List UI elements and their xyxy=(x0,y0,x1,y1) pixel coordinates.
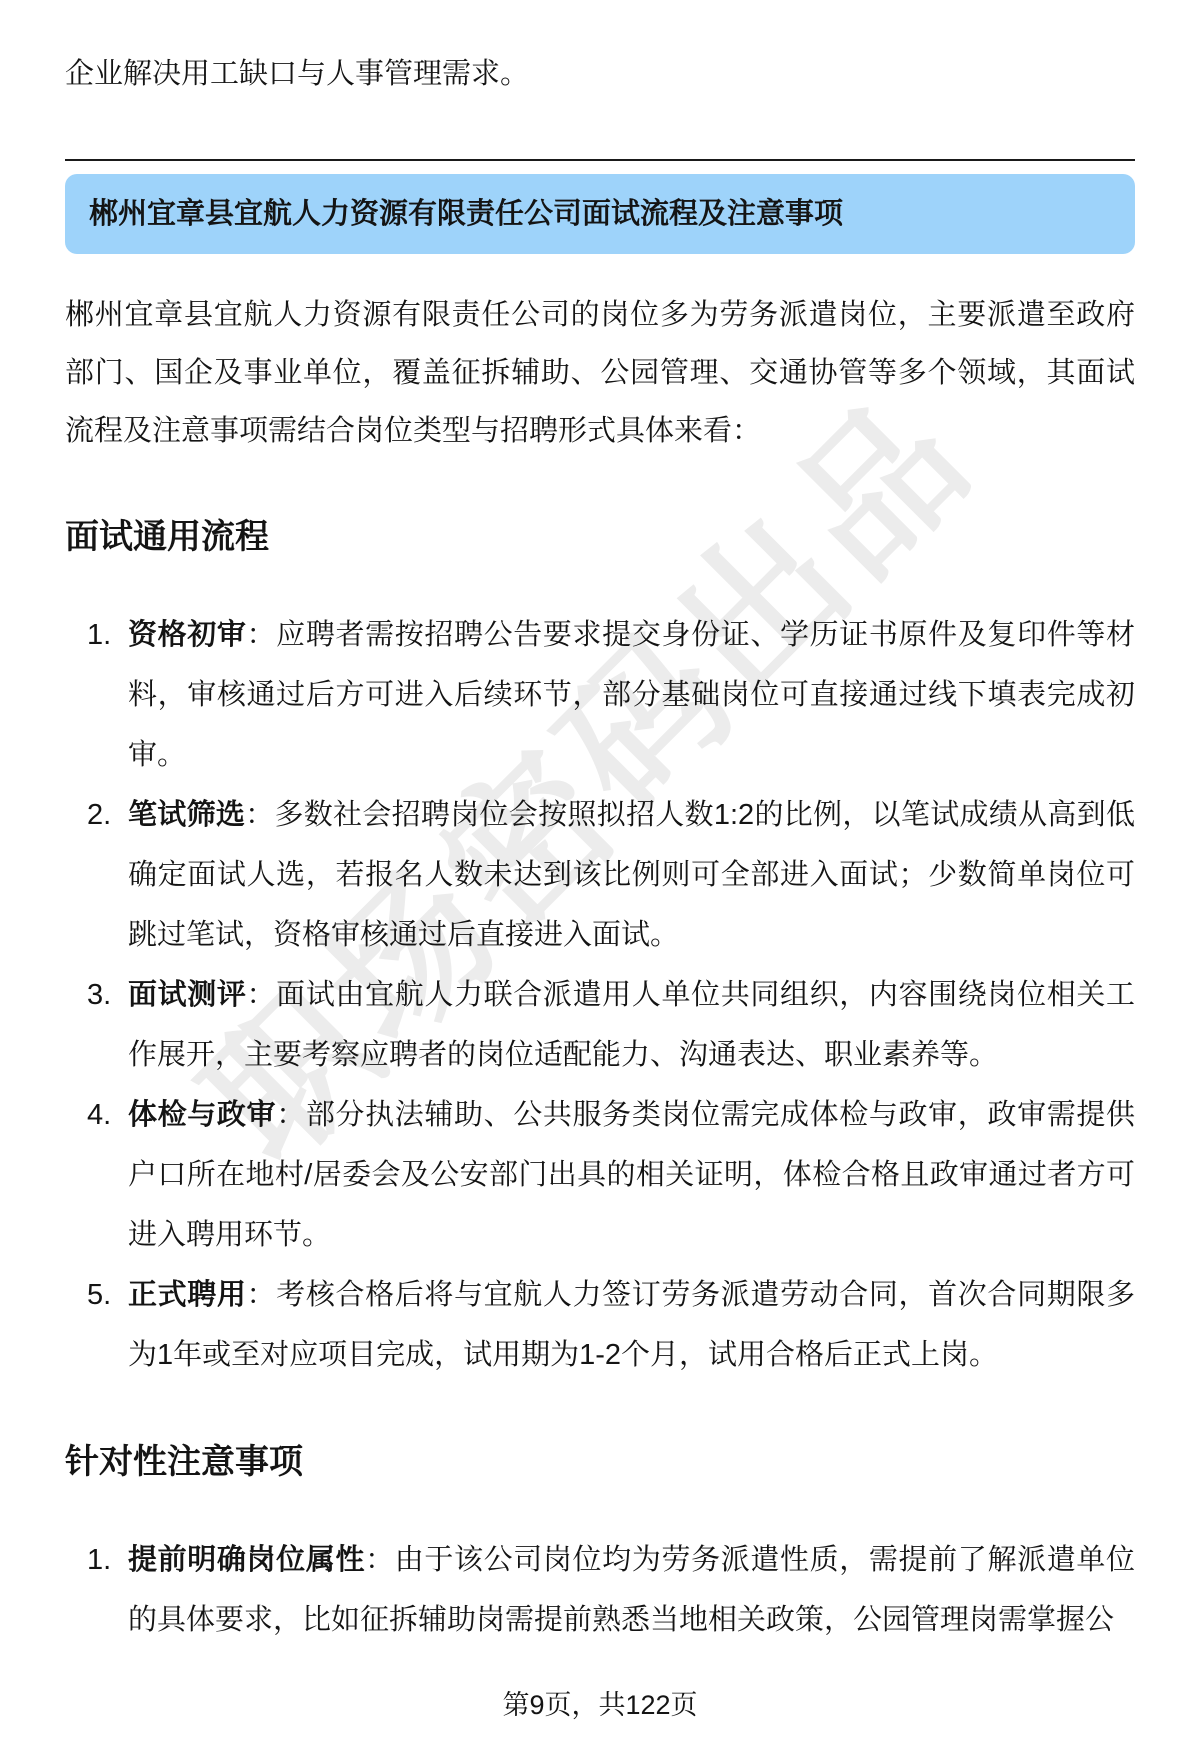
item-label: 体检与政审 xyxy=(128,1099,276,1131)
list-item-written-test: 笔试筛选：多数社会招聘岗位会按照拟招人数1:2的比例，以笔试成绩从高到低确定面试… xyxy=(128,785,1135,965)
targeted-notes-list: 提前明确岗位属性：由于该公司岗位均为劳务派遣性质，需提前了解派遣单位的具体要求，… xyxy=(65,1530,1135,1650)
item-label: 笔试筛选 xyxy=(128,799,245,831)
list-item-interview-assessment: 面试测评：面试由宜航人力联合派遣用人单位共同组织，内容围绕岗位相关工作展开，主要… xyxy=(128,965,1135,1085)
section-divider xyxy=(65,159,1135,161)
heading-targeted-notes: 针对性注意事项 xyxy=(65,1442,1135,1482)
item-label: 资格初审 xyxy=(128,619,247,651)
list-item-physical-political-review: 体检与政审：部分执法辅助、公共服务类岗位需完成体检与政审，政审需提供户口所在地村… xyxy=(128,1085,1135,1265)
list-item-job-nature: 提前明确岗位属性：由于该公司岗位均为劳务派遣性质，需提前了解派遣单位的具体要求，… xyxy=(128,1530,1135,1650)
interview-process-list: 资格初审：应聘者需按招聘公告要求提交身份证、学历证书原件及复印件等材料，审核通过… xyxy=(65,605,1135,1385)
item-label: 正式聘用 xyxy=(128,1279,247,1311)
document-page: 企业解决用工缺口与人事管理需求。 郴州宜章县宜航人力资源有限责任公司面试流程及注… xyxy=(0,57,1200,1650)
item-text: ：考核合格后将与宜航人力签订劳务派遣劳动合同，首次合同期限多为1年或至对应项目完… xyxy=(128,1279,1135,1371)
item-text: ：面试由宜航人力联合派遣用人单位共同组织，内容围绕岗位相关工作展开，主要考察应聘… xyxy=(128,979,1135,1071)
list-item-qualification-review: 资格初审：应聘者需按招聘公告要求提交身份证、学历证书原件及复印件等材料，审核通过… xyxy=(128,605,1135,785)
intro-paragraph: 企业解决用工缺口与人事管理需求。 xyxy=(65,57,1135,91)
item-text: ：部分执法辅助、公共服务类岗位需完成体检与政审，政审需提供户口所在地村/居委会及… xyxy=(128,1099,1135,1251)
item-text: ：应聘者需按招聘公告要求提交身份证、学历证书原件及复印件等材料，审核通过后方可进… xyxy=(128,619,1135,771)
page-number: 第9页，共122页 xyxy=(0,1683,1200,1722)
lead-paragraph: 郴州宜章县宜航人力资源有限责任公司的岗位多为劳务派遣岗位，主要派遣至政府部门、国… xyxy=(65,286,1135,460)
item-label: 面试测评 xyxy=(128,979,247,1011)
section-title-box: 郴州宜章县宜航人力资源有限责任公司面试流程及注意事项 xyxy=(65,174,1135,254)
list-item-formal-hiring: 正式聘用：考核合格后将与宜航人力签订劳务派遣劳动合同，首次合同期限多为1年或至对… xyxy=(128,1265,1135,1385)
heading-interview-process: 面试通用流程 xyxy=(65,517,1135,557)
item-label: 提前明确岗位属性 xyxy=(128,1544,365,1576)
item-text: ：多数社会招聘岗位会按照拟招人数1:2的比例，以笔试成绩从高到低确定面试人选，若… xyxy=(128,799,1135,951)
